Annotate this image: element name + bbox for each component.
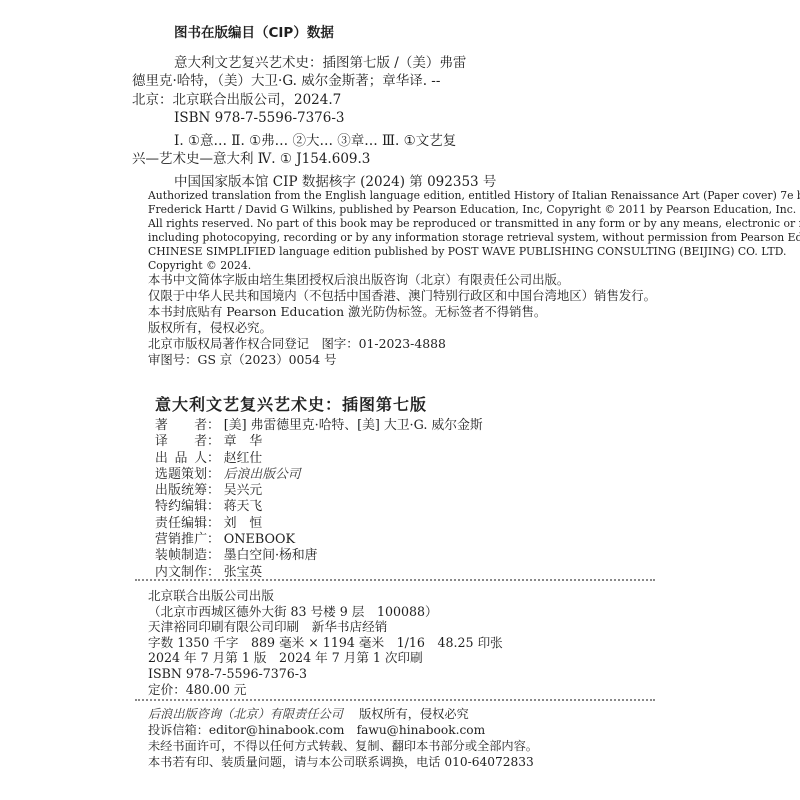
contact-section: 后浪出版咨询（北京）有限责任公司 版权所有，侵权必究 投诉信箱：editor@h… <box>148 706 538 770</box>
credit-colon: ： <box>207 565 220 580</box>
company-rights-line: 后浪出版咨询（北京）有限责任公司 版权所有，侵权必究 <box>148 706 538 722</box>
legal-line: including photocopying, recording or by … <box>148 231 708 245</box>
credit-label: 特约编辑 <box>155 499 207 515</box>
printer-distributor: 天津裕同印刷有限公司印刷 新华书店经销 <box>148 619 503 635</box>
cip-entry-line: 意大利文艺复兴艺术史：插图第七版 /（美）弗雷 <box>174 54 672 73</box>
legal-line: Copyright © 2024. <box>148 259 708 273</box>
credit-label: 译者 <box>155 434 207 450</box>
credit-row: 选题策划：后浪出版公司 <box>155 467 483 483</box>
credit-colon: ： <box>207 467 220 482</box>
dotted-divider <box>135 579 655 581</box>
legal-line: All rights reserved. No part of this boo… <box>148 217 708 231</box>
credit-row: 责任编辑：刘 恒 <box>155 516 483 532</box>
credit-row: 出品人：赵红仕 <box>155 451 483 467</box>
credit-value-publisher-logo-script: 后浪出版公司 <box>224 467 301 482</box>
cip-entry-line: 德里克·哈特，（美）大卫·G. 威尔金斯著；章华译. -- <box>132 72 672 91</box>
credit-row: 译者：章 华 <box>155 434 483 450</box>
credit-colon: ： <box>207 548 220 563</box>
legal-line: 版权所有，侵权必究。 <box>148 320 708 336</box>
credit-row: 特约编辑：蒋天飞 <box>155 499 483 515</box>
credit-value: 张宝英 <box>224 565 262 580</box>
legal-line: 本书封底贴有 Pearson Education 激光防伪标签。无标签者不得销售… <box>148 304 708 320</box>
credit-row: 营销推广：ONEBOOK <box>155 532 483 548</box>
credit-value: 刘 恒 <box>224 516 262 531</box>
credit-colon: ： <box>207 499 220 514</box>
no-reproduction-notice: 未经书面许可，不得以任何方式转载、复制、翻印本书部分或全部内容。 <box>148 738 538 754</box>
cip-section: 图书在版编目（CIP）数据 意大利文艺复兴艺术史：插图第七版 /（美）弗雷 德里… <box>132 24 672 191</box>
legal-line: Frederick Hartt / David G Wilkins, publi… <box>148 203 708 217</box>
credit-label: 选题策划 <box>155 467 207 483</box>
credit-colon: ： <box>207 434 220 449</box>
cip-entry-line: 北京：北京联合出版公司，2024.7 <box>132 91 672 110</box>
credit-row: 著者：[美] 弗雷德里克·哈特、[美] 大卫·G. 威尔金斯 <box>155 418 483 434</box>
credit-value: 蒋天飞 <box>224 499 262 514</box>
rights-note <box>343 707 359 721</box>
edition-printing: 2024 年 7 月第 1 版 2024 年 7 月第 1 次印刷 <box>148 650 503 666</box>
credit-label: 出版统筹 <box>155 483 207 499</box>
credit-label: 出品人 <box>155 451 207 467</box>
credit-colon: ： <box>207 483 220 498</box>
map-approval-number: 审图号：GS 京（2023）0054 号 <box>148 352 708 368</box>
copyright-page: 图书在版编目（CIP）数据 意大利文艺复兴艺术史：插图第七版 /（美）弗雷 德里… <box>0 0 800 800</box>
credit-label: 著者 <box>155 418 207 434</box>
credit-colon: ： <box>207 532 220 547</box>
credit-label: 营销推广 <box>155 532 207 548</box>
quality-hotline-line: 本书若有印、装质量问题，请与本公司联系调换，电话 010-64072833 <box>148 754 538 770</box>
credit-value: 墨白空间·杨和唐 <box>224 548 318 563</box>
isbn-line: ISBN 978-7-5596-7376-3 <box>148 666 503 682</box>
dotted-divider <box>135 699 655 701</box>
legal-line: 仅限于中华人民共和国境内（不包括中国香港、澳门特别行政区和中国台湾地区）销售发行… <box>148 288 708 304</box>
credit-value: 章 华 <box>224 434 262 449</box>
credits-section: 著者：[美] 弗雷德里克·哈特、[美] 大卫·G. 威尔金斯 译者：章 华 出品… <box>155 418 483 581</box>
company-name-script: 后浪出版咨询（北京）有限责任公司 <box>148 707 343 721</box>
credit-colon: ： <box>207 418 220 433</box>
credit-row: 出版统筹：吴兴元 <box>155 483 483 499</box>
rights-note-text: 版权所有，侵权必究 <box>359 707 469 721</box>
legal-line: CHINESE SIMPLIFIED language edition publ… <box>148 245 708 259</box>
credit-value: 赵红仕 <box>224 451 262 466</box>
format-specs: 字数 1350 千字 889 毫米 × 1194 毫米 1/16 48.25 印… <box>148 635 503 651</box>
book-title: 意大利文艺复兴艺术史：插图第七版 <box>155 392 427 415</box>
credit-value: ONEBOOK <box>224 532 295 547</box>
publication-section: 北京联合出版公司出版 （北京市西城区德外大街 83 号楼 9 层 100088）… <box>148 588 503 697</box>
publisher-address: （北京市西城区德外大街 83 号楼 9 层 100088） <box>148 604 503 620</box>
cip-classification-line: Ⅰ. ①意… Ⅱ. ①弗… ②大… ③章… Ⅲ. ①文艺复 <box>174 132 672 151</box>
credit-row: 装帧制造：墨白空间·杨和唐 <box>155 548 483 564</box>
credit-value: [美] 弗雷德里克·哈特、[美] 大卫·G. 威尔金斯 <box>224 418 483 433</box>
credit-label: 责任编辑 <box>155 516 207 532</box>
copyright-registration: 北京市版权局著作权合同登记 图字：01-2023-4888 <box>148 336 708 352</box>
complaint-email-line: 投诉信箱：editor@hinabook.com fawu@hinabook.c… <box>148 722 538 738</box>
price-line: 定价：480.00 元 <box>148 682 503 698</box>
credit-colon: ： <box>207 516 220 531</box>
cip-header: 图书在版编目（CIP）数据 <box>174 24 672 43</box>
cip-classification-line: 兴—艺术史—意大利 Ⅳ. ① J154.609.3 <box>132 150 672 169</box>
legal-section: Authorized translation from the English … <box>148 189 708 368</box>
credit-label: 装帧制造 <box>155 548 207 564</box>
cip-isbn: ISBN 978-7-5596-7376-3 <box>174 109 672 128</box>
credit-value: 吴兴元 <box>224 483 262 498</box>
legal-line: 本书中文简体字版由培生集团授权后浪出版咨询（北京）有限责任公司出版。 <box>148 272 708 288</box>
credit-colon: ： <box>207 451 220 466</box>
publisher-line: 北京联合出版公司出版 <box>148 588 503 604</box>
legal-line: Authorized translation from the English … <box>148 189 708 203</box>
